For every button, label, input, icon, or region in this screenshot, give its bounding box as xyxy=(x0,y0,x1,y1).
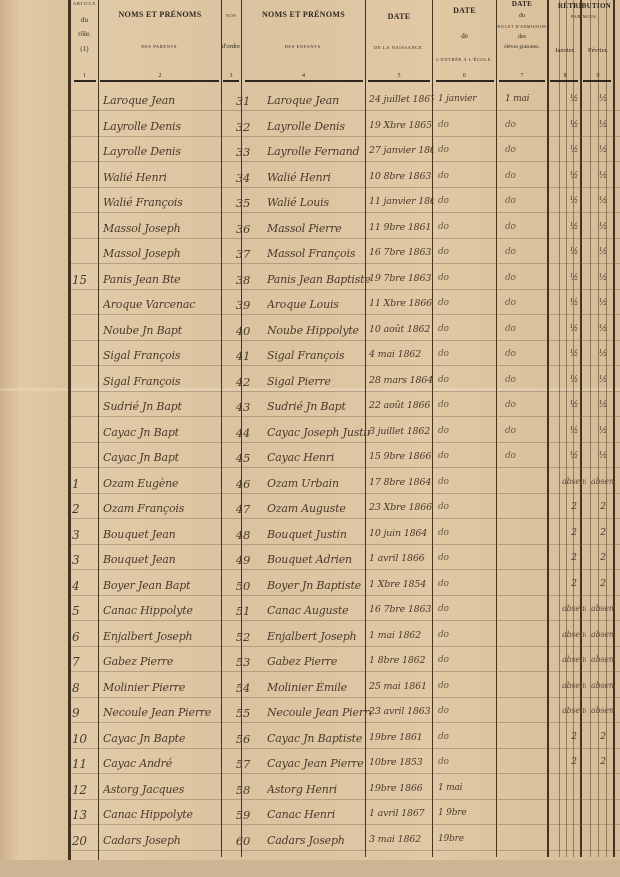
billet-date: do xyxy=(505,171,557,181)
order-number: 46 xyxy=(229,477,257,491)
row-rule xyxy=(71,365,620,366)
entry-date: do xyxy=(438,604,502,614)
child-name: Panis Jean Baptiste xyxy=(267,273,371,286)
header-role: ARTICLE du rôle. (1) 1 xyxy=(71,0,98,82)
parent-name: Ozam François xyxy=(103,502,227,515)
header-children: NOMS ET PRÉNOMS DES ENFANTS. 4 xyxy=(242,0,365,82)
header-billet: DATE du BILLET D'ADMISSION des élèves gr… xyxy=(497,0,547,82)
parent-name: Bouquet Jean xyxy=(103,528,227,541)
parent-name: Cayac André xyxy=(103,757,227,770)
entry-date: do xyxy=(438,502,502,512)
entry-date: 19bre xyxy=(438,834,502,844)
birth-date: 1 8bre 1862 xyxy=(369,655,434,666)
birth-date: 3 mai 1862 xyxy=(369,834,434,845)
parent-name: Layrolle Denis xyxy=(103,145,227,158)
fee-janvier: ½ xyxy=(562,145,586,155)
child-name: Massol Pierre xyxy=(267,222,371,235)
child-name: Ozam Auguste xyxy=(267,502,371,515)
order-number: 38 xyxy=(229,273,257,287)
fee-janvier: ½ xyxy=(562,196,586,206)
birth-date: 19bre 1866 xyxy=(369,783,434,794)
parent-name: Panis Jean Bte xyxy=(103,273,227,286)
child-name: Cayac Jn Baptiste xyxy=(267,732,371,745)
order-number: 48 xyxy=(229,528,257,542)
row-rule xyxy=(71,748,620,749)
fee-janvier: 2 xyxy=(562,579,586,589)
billet-date: do xyxy=(505,196,557,206)
child-name: Cayac Henri xyxy=(267,451,371,464)
fee-janvier: absent xyxy=(562,477,586,486)
order-number: 41 xyxy=(229,349,257,363)
order-number: 59 xyxy=(229,808,257,822)
role-number: 4 xyxy=(72,579,98,593)
row-rule xyxy=(71,722,620,723)
birth-date: 11 janvier 1866 xyxy=(369,196,434,207)
order-number: 32 xyxy=(229,120,257,134)
row-rule xyxy=(71,136,620,137)
parent-name: Laroque Jean xyxy=(103,94,227,107)
billet-date: do xyxy=(505,451,557,461)
birth-date: 23 avril 1863 xyxy=(369,706,434,717)
order-number: 44 xyxy=(229,426,257,440)
fee-fevrier: absent xyxy=(591,681,615,690)
entry-date: do xyxy=(438,120,502,130)
fee-fevrier: absent xyxy=(591,655,615,664)
billet-date: do xyxy=(505,400,557,410)
parent-name: Enjalbert Joseph xyxy=(103,630,227,643)
entry-date: do xyxy=(438,732,502,742)
row-rule xyxy=(71,391,620,392)
entry-date: do xyxy=(438,222,502,232)
row-rule xyxy=(71,799,620,800)
fee-janvier: ½ xyxy=(562,247,586,257)
fee-fevrier: absent xyxy=(591,477,615,486)
margin-rule xyxy=(68,0,71,877)
parent-name: Walié François xyxy=(103,196,227,209)
parent-name: Cayac Jn Bapte xyxy=(103,732,227,745)
entry-date: 1 9bre xyxy=(438,808,502,818)
child-name: Enjalbert Joseph xyxy=(267,630,371,643)
order-number: 60 xyxy=(229,834,257,848)
fee-janvier: 2 xyxy=(562,553,586,563)
billet-date: 1 mai xyxy=(505,94,557,104)
fee-janvier: absent xyxy=(562,655,586,664)
birth-date: 22 août 1866 xyxy=(369,400,434,411)
order-number: 31 xyxy=(229,94,257,108)
child-name: Laroque Jean xyxy=(267,94,371,107)
row-rule xyxy=(71,518,620,519)
parent-name: Cayac Jn Bapt xyxy=(103,451,227,464)
order-number: 56 xyxy=(229,732,257,746)
order-number: 39 xyxy=(229,298,257,312)
entry-date: 1 mai xyxy=(438,783,502,793)
birth-date: 24 juillet 1867 xyxy=(369,94,434,105)
role-number: 3 xyxy=(72,553,98,567)
parent-name: Noube Jn Bapt xyxy=(103,324,227,337)
birth-date: 11 Xbre 1866 xyxy=(369,298,434,309)
child-name: Walié Henri xyxy=(267,171,371,184)
row-rule xyxy=(71,467,620,468)
billet-date: do xyxy=(505,324,557,334)
billet-date: do xyxy=(505,145,557,155)
birth-date: 11 9bre 1861 xyxy=(369,222,434,233)
child-name: Molinier Émile xyxy=(267,681,371,694)
child-name: Layrolle Denis xyxy=(267,120,371,133)
parent-name: Necoule Jean Pierre xyxy=(103,706,227,719)
order-number: 53 xyxy=(229,655,257,669)
fee-janvier: absent xyxy=(562,681,586,690)
entry-date: do xyxy=(438,196,502,206)
fee-fevrier: ½ xyxy=(591,324,615,334)
birth-date: 3 juillet 1862 xyxy=(369,426,434,437)
child-name: Canac Henri xyxy=(267,808,371,821)
child-name: Necoule Jean Pierre xyxy=(267,706,371,719)
order-number: 49 xyxy=(229,553,257,567)
order-number: 47 xyxy=(229,502,257,516)
fee-janvier: absent xyxy=(562,706,586,715)
row-rule xyxy=(71,263,620,264)
col-rule xyxy=(98,0,99,865)
child-name: Layrolle Fernand xyxy=(267,145,371,158)
row-rule xyxy=(71,110,620,111)
fee-janvier: 2 xyxy=(562,732,586,742)
entry-date: do xyxy=(438,171,502,181)
entry-date: do xyxy=(438,426,502,436)
billet-date: do xyxy=(505,298,557,308)
page-bottom-edge xyxy=(0,860,620,877)
fee-janvier: 2 xyxy=(562,502,586,512)
fee-fevrier: ½ xyxy=(591,451,615,461)
header-fevrier: Février. 9 xyxy=(582,30,614,82)
order-number: 51 xyxy=(229,604,257,618)
parent-name: Walié Henri xyxy=(103,171,227,184)
fee-fevrier: 2 xyxy=(591,732,615,742)
fee-fevrier: ½ xyxy=(591,145,615,155)
entry-date: do xyxy=(438,247,502,257)
fee-fevrier: ½ xyxy=(591,120,615,130)
fee-janvier: ½ xyxy=(562,324,586,334)
child-name: Sudrié Jn Bapt xyxy=(267,400,371,413)
fee-fevrier: ½ xyxy=(591,426,615,436)
birth-date: 19bre 1861 xyxy=(369,732,434,743)
role-number: 15 xyxy=(72,273,98,287)
billet-date: do xyxy=(505,222,557,232)
billet-date: do xyxy=(505,273,557,283)
fee-fevrier: ½ xyxy=(591,94,615,104)
row-rule xyxy=(71,161,620,162)
fee-janvier: ½ xyxy=(562,273,586,283)
role-number: 7 xyxy=(72,655,98,669)
row-rule xyxy=(71,416,620,417)
role-number: 13 xyxy=(72,808,98,822)
header-parents: NOMS ET PRÉNOMS DES PARENTS. 2 xyxy=(99,0,221,82)
entry-date: do xyxy=(438,298,502,308)
role-number: 3 xyxy=(72,528,98,542)
billet-date: do xyxy=(505,426,557,436)
child-name: Boyer Jn Baptiste xyxy=(267,579,371,592)
entry-date: do xyxy=(438,273,502,283)
entry-date: do xyxy=(438,681,502,691)
entry-date: do xyxy=(438,400,502,410)
row-rule xyxy=(71,442,620,443)
fee-janvier: ½ xyxy=(562,222,586,232)
fee-janvier: ½ xyxy=(562,451,586,461)
parent-name: Canac Hippolyte xyxy=(103,604,227,617)
entry-date: do xyxy=(438,477,502,487)
parent-name: Bouquet Jean xyxy=(103,553,227,566)
order-number: 45 xyxy=(229,451,257,465)
child-name: Cadars Joseph xyxy=(267,834,371,847)
parent-name: Sudrié Jn Bapt xyxy=(103,400,227,413)
child-name: Canac Auguste xyxy=(267,604,371,617)
fee-fevrier: ½ xyxy=(591,171,615,181)
birth-date: 19 Xbre 1865 xyxy=(369,120,434,131)
entry-date: do xyxy=(438,375,502,385)
birth-date: 25 mai 1861 xyxy=(369,681,434,692)
fee-janvier: ½ xyxy=(562,349,586,359)
row-rule xyxy=(71,697,620,698)
birth-date: 19 7bre 1863 xyxy=(369,273,434,284)
fee-fevrier: 2 xyxy=(591,553,615,563)
row-rule xyxy=(71,187,620,188)
fee-janvier: ½ xyxy=(562,426,586,436)
billet-date: do xyxy=(505,120,557,130)
fee-janvier: 2 xyxy=(562,528,586,538)
header-retribution: RÉTRIBUTION PAR MOIS. xyxy=(549,0,620,24)
child-name: Massol François xyxy=(267,247,371,260)
entry-date: do xyxy=(438,579,502,589)
entry-date: do xyxy=(438,630,502,640)
entry-date: do xyxy=(438,324,502,334)
child-name: Ozam Urbain xyxy=(267,477,371,490)
row-rule xyxy=(71,595,620,596)
order-number: 57 xyxy=(229,757,257,771)
header-janvier: Janvier. 8 xyxy=(549,30,581,82)
fee-fevrier: ½ xyxy=(591,196,615,206)
role-number: 10 xyxy=(72,732,98,746)
parent-name: Cadars Joseph xyxy=(103,834,227,847)
child-name: Bouquet Justin xyxy=(267,528,371,541)
order-number: 42 xyxy=(229,375,257,389)
page-margin xyxy=(0,0,68,877)
parent-name: Sigal François xyxy=(103,349,227,362)
row-rule xyxy=(71,493,620,494)
child-name: Cayac Joseph Justin xyxy=(267,426,371,439)
child-name: Noube Hippolyte xyxy=(267,324,371,337)
child-name: Sigal Pierre xyxy=(267,375,371,388)
fee-fevrier: absent xyxy=(591,706,615,715)
child-name: Gabez Pierre xyxy=(267,655,371,668)
order-number: 35 xyxy=(229,196,257,210)
parent-name: Massol Joseph xyxy=(103,222,227,235)
birth-date: 1 avril 1867 xyxy=(369,808,434,819)
billet-date: do xyxy=(505,247,557,257)
fee-janvier: ½ xyxy=(562,120,586,130)
fee-fevrier: ½ xyxy=(591,298,615,308)
entry-date: do xyxy=(438,757,502,767)
fee-fevrier: absent xyxy=(591,604,615,613)
row-rule xyxy=(71,569,620,570)
header-birth: DATE DE LA NAISSANCE. 5 xyxy=(366,0,432,82)
role-number: 6 xyxy=(72,630,98,644)
entry-date: do xyxy=(438,706,502,716)
fee-fevrier: ½ xyxy=(591,400,615,410)
birth-date: 10 août 1862 xyxy=(369,324,434,335)
birth-date: 27 janvier 1867 xyxy=(369,145,434,156)
billet-date: do xyxy=(505,349,557,359)
fee-fevrier: 2 xyxy=(591,579,615,589)
birth-date: 10 juin 1864 xyxy=(369,528,434,539)
child-name: Cayac Jean Pierre xyxy=(267,757,371,770)
fee-fevrier: ½ xyxy=(591,247,615,257)
order-number: 34 xyxy=(229,171,257,185)
order-number: 58 xyxy=(229,783,257,797)
birth-date: 1 mai 1862 xyxy=(369,630,434,641)
child-name: Walié Louis xyxy=(267,196,371,209)
order-number: 40 xyxy=(229,324,257,338)
order-number: 37 xyxy=(229,247,257,261)
child-name: Bouquet Adrien xyxy=(267,553,371,566)
header-entry: DATE de L'ENTRÉE A L'ÉCOLE. 6 xyxy=(433,0,496,82)
birth-date: 16 7bre 1863 xyxy=(369,247,434,258)
birth-date: 1 Xbre 1854 xyxy=(369,579,434,590)
row-rule xyxy=(71,646,620,647)
parent-name: Astorg Jacques xyxy=(103,783,227,796)
birth-date: 15 9bre 1866 xyxy=(369,451,434,462)
row-rule xyxy=(71,620,620,621)
birth-date: 10 8bre 1863 xyxy=(369,171,434,182)
entry-date: do xyxy=(438,349,502,359)
role-number: 2 xyxy=(72,502,98,516)
entry-date: do xyxy=(438,655,502,665)
role-number: 5 xyxy=(72,604,98,618)
entry-date: do xyxy=(438,451,502,461)
fee-janvier: absent xyxy=(562,630,586,639)
birth-date: 23 Xbre 1866 xyxy=(369,502,434,513)
order-number: 50 xyxy=(229,579,257,593)
parent-name: Sigal François xyxy=(103,375,227,388)
order-number: 33 xyxy=(229,145,257,159)
fee-janvier: ½ xyxy=(562,94,586,104)
order-number: 43 xyxy=(229,400,257,414)
row-rule xyxy=(71,289,620,290)
parent-name: Gabez Pierre xyxy=(103,655,227,668)
parent-name: Boyer Jean Bapt xyxy=(103,579,227,592)
fee-janvier: ½ xyxy=(562,171,586,181)
row-rule xyxy=(71,544,620,545)
entry-date: 1 janvier xyxy=(438,94,502,104)
row-rule xyxy=(71,340,620,341)
fee-fevrier: ½ xyxy=(591,375,615,385)
billet-date: do xyxy=(505,375,557,385)
parent-name: Ozam Eugène xyxy=(103,477,227,490)
child-name: Aroque Louis xyxy=(267,298,371,311)
fee-fevrier: 2 xyxy=(591,757,615,767)
fee-janvier: absent xyxy=(562,604,586,613)
order-number: 54 xyxy=(229,681,257,695)
fee-janvier: ½ xyxy=(562,400,586,410)
child-name: Astorg Henri xyxy=(267,783,371,796)
role-number: 1 xyxy=(72,477,98,491)
birth-date: 1 avril 1866 xyxy=(369,553,434,564)
row-rule xyxy=(71,671,620,672)
fee-fevrier: absent xyxy=(591,630,615,639)
birth-date: 17 8bre 1864 xyxy=(369,477,434,488)
birth-date: 16 7bre 1863 xyxy=(369,604,434,615)
fee-janvier: ½ xyxy=(562,375,586,385)
subcol-rule xyxy=(559,0,560,857)
fee-fevrier: ½ xyxy=(591,349,615,359)
entry-date: do xyxy=(438,553,502,563)
entry-date: do xyxy=(438,528,502,538)
entry-date: do xyxy=(438,145,502,155)
parent-name: Layrolle Denis xyxy=(103,120,227,133)
parent-name: Canac Hippolyte xyxy=(103,808,227,821)
role-number: 9 xyxy=(72,706,98,720)
row-rule xyxy=(71,212,620,213)
fee-fevrier: 2 xyxy=(591,502,615,512)
row-rule xyxy=(71,824,620,825)
parent-name: Cayac Jn Bapt xyxy=(103,426,227,439)
order-number: 36 xyxy=(229,222,257,236)
parent-name: Aroque Varcenac xyxy=(103,298,227,311)
role-number: 8 xyxy=(72,681,98,695)
row-rule xyxy=(71,238,620,239)
fee-fevrier: ½ xyxy=(591,222,615,232)
fee-fevrier: 2 xyxy=(591,528,615,538)
fee-janvier: ½ xyxy=(562,298,586,308)
parent-name: Massol Joseph xyxy=(103,247,227,260)
order-number: 55 xyxy=(229,706,257,720)
birth-date: 4 mai 1862 xyxy=(369,349,434,360)
order-number: 52 xyxy=(229,630,257,644)
birth-date: 28 mars 1864 xyxy=(369,375,434,386)
row-rule xyxy=(71,314,620,315)
fee-fevrier: ½ xyxy=(591,273,615,283)
child-name: Sigal François xyxy=(267,349,371,362)
role-number: 20 xyxy=(72,834,98,848)
parent-name: Molinier Pierre xyxy=(103,681,227,694)
fee-janvier: 2 xyxy=(562,757,586,767)
row-rule xyxy=(71,773,620,774)
role-number: 11 xyxy=(72,757,98,771)
row-rule xyxy=(71,850,620,851)
birth-date: 10bre 1853 xyxy=(369,757,434,768)
header-order: Nos d'ordre 3 xyxy=(221,0,241,82)
role-number: 12 xyxy=(72,783,98,797)
